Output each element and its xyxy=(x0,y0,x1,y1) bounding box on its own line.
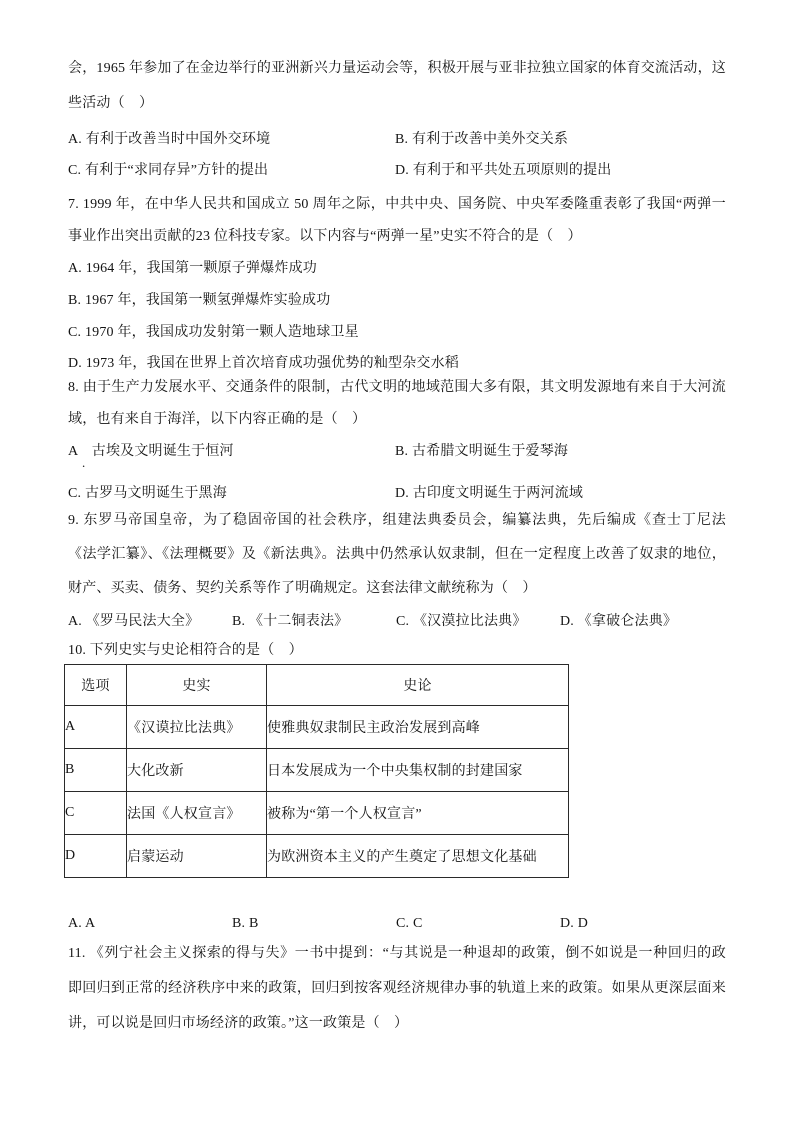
question-9-option-d: D. 《拿破仑法典》 xyxy=(560,611,726,633)
exam-page: 会，1965 年参加了在金边举行的亚洲新兴力量运动会等，积极开展与亚非拉独立国家… xyxy=(0,0,793,1122)
question-7-option-c: C. 1970 年，我国成功发射第一颗人造地球卫星 xyxy=(68,322,726,344)
question-6-stem-line-1: 会，1965 年参加了在金边举行的亚洲新兴力量运动会等，积极开展与亚非拉独立国家… xyxy=(68,58,726,80)
question-8-stem-line-1: 8. 由于生产力发展水平、交通条件的限制，古代文明的地域范围大多有限，其文明发源… xyxy=(68,377,726,399)
question-6-option-b: B. 有利于改善中美外交关系 xyxy=(395,129,726,151)
question-6-stem-line-2: 些活动（ ） xyxy=(68,93,726,115)
question-9-option-b: B. 《十二铜表法》 xyxy=(232,611,396,633)
table-cell-fact-d: 启蒙运动 xyxy=(127,835,267,878)
question-6-options-row-ab: A. 有利于改善当时中国外交环境 B. 有利于改善中美外交关系 xyxy=(68,129,726,151)
table-cell-conclusion-b: 日本发展成为一个中央集权制的封建国家 xyxy=(267,749,569,792)
table-header-fact: 史实 xyxy=(127,665,267,706)
question-7-stem-line-2: 事业作出突出贡献的23 位科技专家。以下内容与“两弹一星”史实不符合的是（ ） xyxy=(68,226,726,248)
question-10-stem: 10. 下列史实与史论相符合的是（ ） xyxy=(68,640,726,662)
fact-conclusion-table: 选项 史实 史论 A 《汉谟拉比法典》 使雅典奴隶制民主政治发展到高峰 B 大化… xyxy=(64,664,569,878)
question-8-options-row-cd: C. 古罗马文明诞生于黑海 D. 古印度文明诞生于两河流域 xyxy=(68,483,726,505)
table-cell-conclusion-d: 为欧洲资本主义的产生奠定了思想文化基础 xyxy=(267,835,569,878)
question-11-stem-line-1: 11. 《列宁社会主义探索的得与失》一书中提到：“与其说是一种退却的政策，倒不如… xyxy=(68,943,726,965)
question-9-option-a: A. 《罗马民法大全》 xyxy=(68,611,232,633)
question-10-answers-row: A. A B. B C. C D. D xyxy=(68,913,726,935)
question-8-option-b: B. 古希腊文明诞生于爱琴海 xyxy=(395,441,726,463)
question-10-answer-b: B. B xyxy=(232,913,396,935)
table-header-option: 选项 xyxy=(65,665,127,706)
question-8-stem-line-2: 域，也有来自于海洋，以下内容正确的是（ ） xyxy=(68,409,726,431)
question-8-option-d: D. 古印度文明诞生于两河流域 xyxy=(395,483,726,505)
question-6-option-d: D. 有利于和平共处五项原则的提出 xyxy=(395,160,726,182)
question-9-option-c: C. 《汉漠拉比法典》 xyxy=(396,611,560,633)
question-8-option-c: C. 古罗马文明诞生于黑海 xyxy=(68,483,395,505)
question-6-options-row-cd: C. 有利于“求同存异”方针的提出 D. 有利于和平共处五项原则的提出 xyxy=(68,160,726,182)
table-cell-fact-b: 大化改新 xyxy=(127,749,267,792)
table-cell-option-c: C xyxy=(65,792,127,835)
question-9-stem-line-1: 9. 东罗马帝国皇帝，为了稳固帝国的社会秩序，组建法典委员会，编纂法典，先后编成… xyxy=(68,510,726,532)
table-cell-option-b: B xyxy=(65,749,127,792)
table-cell-option-d: D xyxy=(65,835,127,878)
table-header-conclusion: 史论 xyxy=(267,665,569,706)
table-row-c: C 法国《人权宣言》 被称为“第一个人权宣言” xyxy=(65,792,569,835)
question-7-stem-line-1: 7. 1999 年，在中华人民共和国成立 50 周年之际，中共中央、国务院、中央… xyxy=(68,194,726,216)
table-cell-option-a: A xyxy=(65,706,127,749)
question-8-option-a: A 古埃及文明诞生于恒河 xyxy=(68,441,395,463)
question-11-stem-line-3: 讲，可以说是回归市场经济的政策。”这一政策是（ ） xyxy=(68,1013,726,1035)
table-cell-fact-c: 法国《人权宣言》 xyxy=(127,792,267,835)
question-10-answer-c: C. C xyxy=(396,913,560,935)
table-cell-fact-a: 《汉谟拉比法典》 xyxy=(127,706,267,749)
table-row-b: B 大化改新 日本发展成为一个中央集权制的封建国家 xyxy=(65,749,569,792)
question-7-option-b: B. 1967 年，我国第一颗氢弹爆炸实验成功 xyxy=(68,290,726,312)
question-8-options-row-ab: A 古埃及文明诞生于恒河 B. 古希腊文明诞生于爱琴海 xyxy=(68,441,726,463)
table-row-a: A 《汉谟拉比法典》 使雅典奴隶制民主政治发展到高峰 xyxy=(65,706,569,749)
question-6-option-c: C. 有利于“求同存异”方针的提出 xyxy=(68,160,395,182)
table-cell-conclusion-c: 被称为“第一个人权宣言” xyxy=(267,792,569,835)
question-10-answer-d: D. D xyxy=(560,913,726,935)
stray-period-mark: . xyxy=(82,458,102,470)
table-row-d: D 启蒙运动 为欧洲资本主义的产生奠定了思想文化基础 xyxy=(65,835,569,878)
table-cell-conclusion-a: 使雅典奴隶制民主政治发展到高峰 xyxy=(267,706,569,749)
question-6-option-a: A. 有利于改善当时中国外交环境 xyxy=(68,129,395,151)
question-9-stem-line-3: 财产、买卖、债务、契约关系等作了明确规定。这套法律文献统称为（ ） xyxy=(68,578,726,600)
question-7-option-a: A. 1964 年，我国第一颗原子弹爆炸成功 xyxy=(68,258,726,280)
question-9-options-row: A. 《罗马民法大全》 B. 《十二铜表法》 C. 《汉漠拉比法典》 D. 《拿… xyxy=(68,611,726,633)
question-9-stem-line-2: 《法学汇纂》、《法理概要》及《新法典》。法典中仍然承认奴隶制，但在一定程度上改善… xyxy=(68,544,726,566)
question-7-option-d: D. 1973 年，我国在世界上首次培育成功强优势的籼型杂交水稻 xyxy=(68,353,726,375)
table-header-row: 选项 史实 史论 xyxy=(65,665,569,706)
question-10-answer-a: A. A xyxy=(68,913,232,935)
question-11-stem-line-2: 即回归到正常的经济秩序中来的政策，回归到按客观经济规律办事的轨道上来的政策。如果… xyxy=(68,978,726,1000)
